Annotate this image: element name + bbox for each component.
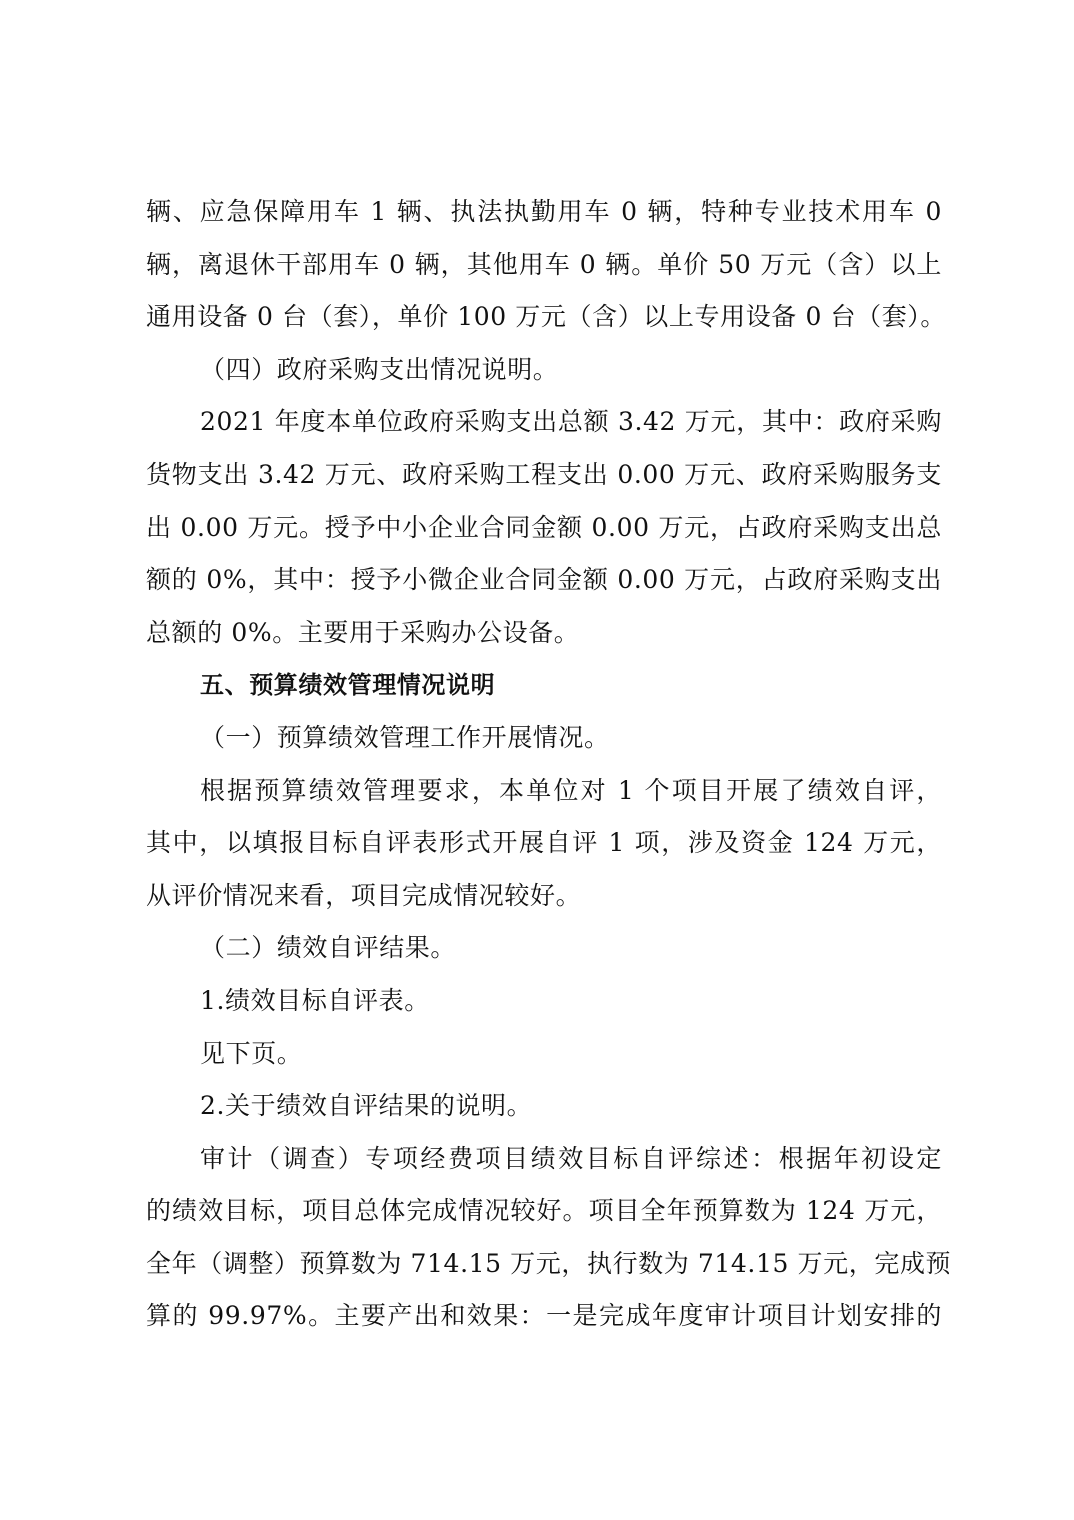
text-line: 辆、应急保障用车 1 辆、执法执勤用车 0 辆，特种专业技术用车 0 (146, 186, 942, 239)
document-body: 辆、应急保障用车 1 辆、执法执勤用车 0 辆，特种专业技术用车 0 辆，离退休… (146, 186, 942, 1343)
subheading-procurement: （四）政府采购支出情况说明。 (146, 344, 942, 397)
item-self-evaluation-table: 1.绩效目标自评表。 (146, 975, 942, 1028)
text-line: 其中，以填报目标自评表形式开展自评 1 项，涉及资金 124 万元， (146, 817, 942, 870)
text-line: 根据预算绩效管理要求，本单位对 1 个项目开展了绩效自评， (146, 765, 942, 818)
procurement-paragraph: 2021 年度本单位政府采购支出总额 3.42 万元，其中：政府采购 货物支出 … (146, 396, 942, 659)
text-line: 2021 年度本单位政府采购支出总额 3.42 万元，其中：政府采购 (146, 396, 942, 449)
text-line: 总额的 0%。主要用于采购办公设备。 (146, 607, 942, 660)
text-line: 辆，离退休干部用车 0 辆，其他用车 0 辆。单价 50 万元（含）以上 (146, 239, 942, 292)
item-self-evaluation-explanation: 2.关于绩效自评结果的说明。 (146, 1080, 942, 1133)
document-page: 辆、应急保障用车 1 辆、执法执勤用车 0 辆，特种专业技术用车 0 辆，离退休… (0, 0, 1074, 1520)
text-line: 从评价情况来看，项目完成情况较好。 (146, 870, 942, 923)
section-heading-performance: 五、预算绩效管理情况说明 (146, 659, 942, 712)
audit-project-paragraph: 审计（调查）专项经费项目绩效目标自评综述：根据年初设定 的绩效目标，项目总体完成… (146, 1133, 942, 1343)
text-line: 通用设备 0 台（套），单价 100 万元（含）以上专用设备 0 台（套）。 (146, 291, 942, 344)
performance-paragraph: 根据预算绩效管理要求，本单位对 1 个项目开展了绩效自评， 其中，以填报目标自评… (146, 765, 942, 923)
text-line: 出 0.00 万元。授予中小企业合同金额 0.00 万元，占政府采购支出总 (146, 502, 942, 555)
text-line: 算的 99.97%。主要产出和效果：一是完成年度审计项目计划安排的 (146, 1290, 942, 1343)
vehicle-equipment-paragraph: 辆、应急保障用车 1 辆、执法执勤用车 0 辆，特种专业技术用车 0 辆，离退休… (146, 186, 942, 344)
see-next-page-note: 见下页。 (146, 1028, 942, 1081)
text-line: 全年（调整）预算数为 714.15 万元，执行数为 714.15 万元，完成预 (146, 1238, 942, 1291)
subheading-self-evaluation-results: （二）绩效自评结果。 (146, 922, 942, 975)
text-line: 货物支出 3.42 万元、政府采购工程支出 0.00 万元、政府采购服务支 (146, 449, 942, 502)
text-line: 额的 0%，其中：授予小微企业合同金额 0.00 万元，占政府采购支出 (146, 554, 942, 607)
subheading-performance-work: （一）预算绩效管理工作开展情况。 (146, 712, 942, 765)
text-line: 审计（调查）专项经费项目绩效目标自评综述：根据年初设定 (146, 1133, 942, 1186)
text-line: 的绩效目标，项目总体完成情况较好。项目全年预算数为 124 万元， (146, 1185, 942, 1238)
